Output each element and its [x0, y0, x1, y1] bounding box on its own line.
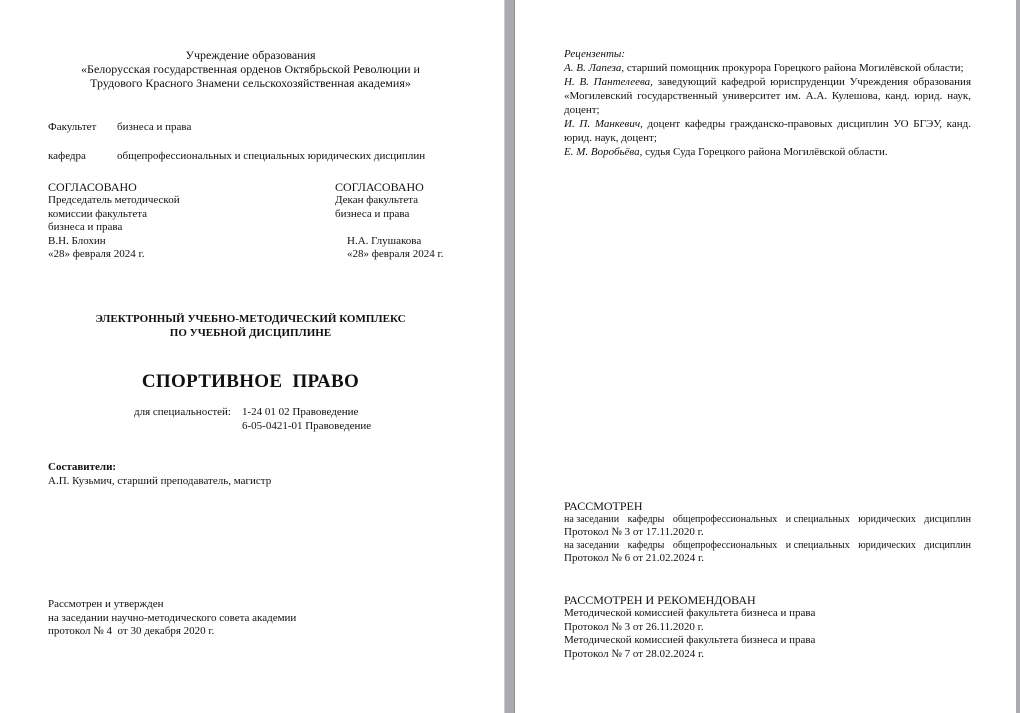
agreed-position-line: Декан факультета [335, 194, 444, 208]
meeting-word: и специальных [786, 539, 850, 552]
faculty-value: бизнеса и права [117, 121, 191, 134]
reviewer-name: Н. В. Пантелеева, [564, 76, 653, 88]
meeting-word: дисциплин [924, 539, 971, 552]
agreed-signatory-name: Н.А. Глушакова [335, 235, 444, 249]
authors-label: Составители: [48, 461, 116, 474]
discipline-title: СПОРТИВНОЕ ПРАВО [48, 371, 453, 393]
scrollbar-edge [1016, 0, 1020, 713]
reviewer-name: И. П. Манкевич, [564, 118, 643, 130]
considered-protocol: Протокол № 3 от 17.11.2020 г. [564, 526, 971, 539]
department-label: кафедра [48, 150, 86, 163]
meeting-word: кафедры [628, 513, 665, 526]
meeting-word: дисциплин [924, 513, 971, 526]
approval-block: Рассмотрен и утвержден на заседании науч… [48, 598, 296, 639]
approval-line: на заседании научно-методического совета… [48, 612, 296, 626]
recommended-protocol: Протокол № 3 от 26.11.2020 г. [564, 621, 815, 635]
specialty-item: 6-05-0421-01 Правоведение [242, 420, 371, 433]
considered-block: РАССМОТРЕН на заседании кафедры общепроф… [564, 499, 971, 565]
meeting-word: общепрофессиональных [673, 513, 777, 526]
complex-title-line-1: ЭЛЕКТРОННЫЙ УЧЕБНО-МЕТОДИЧЕСКИЙ КОМПЛЕКС [48, 312, 453, 326]
agreed-date: «28» февраля 2024 г. [48, 248, 180, 262]
authors-value: А.П. Кузьмич, старший преподаватель, маг… [48, 475, 271, 488]
page-1: Учреждение образования «Белорусская госу… [0, 0, 504, 713]
document-viewport: Учреждение образования «Белорусская госу… [0, 0, 1020, 713]
considered-meeting-line: на заседании кафедры общепрофессиональны… [564, 539, 971, 552]
agreed-date: «28» февраля 2024 г. [335, 248, 444, 262]
recommended-protocol: Протокол № 7 от 28.02.2024 г. [564, 648, 815, 662]
agreed-block-right: СОГЛАСОВАНО Декан факультета бизнеса и п… [335, 180, 444, 262]
meeting-word: юридических [858, 513, 916, 526]
faculty-label: Факультет [48, 121, 96, 134]
specialty-item: 1-24 01 02 Правоведение [242, 406, 358, 419]
considered-title: РАССМОТРЕН [564, 499, 971, 513]
reviewers-label: Рецензенты: [564, 47, 971, 61]
recommended-block: РАССМОТРЕН И РЕКОМЕНДОВАН Методической к… [564, 593, 815, 661]
institution-line-3: Трудового Красного Знамени сельскохозяйс… [48, 76, 453, 90]
complex-title-line-2: ПО УЧЕБНОЙ ДИСЦИПЛИНЕ [48, 326, 453, 340]
reviewer-item: Н. В. Пантелеева, заведующий кафедрой юр… [564, 75, 971, 117]
recommended-body: Методической комиссией факультета бизнес… [564, 634, 815, 648]
agreed-title: СОГЛАСОВАНО [335, 180, 444, 194]
recommended-body: Методической комиссией факультета бизнес… [564, 607, 815, 621]
reviewer-description: старший помощник прокурора Горецкого рай… [624, 62, 963, 74]
agreed-block-left: СОГЛАСОВАНО Председатель методической ко… [48, 180, 180, 262]
reviewer-item: А. В. Лапеза, старший помощник прокурора… [564, 61, 971, 75]
considered-protocol: Протокол № 6 от 21.02.2024 г. [564, 552, 971, 565]
reviewer-name: Е. М. Воробьёва, [564, 146, 642, 158]
considered-meeting-line: на заседании кафедры общепрофессиональны… [564, 513, 971, 526]
agreed-position-line: бизнеса и права [48, 221, 180, 235]
approval-line: протокол № 4 от 30 декабря 2020 г. [48, 625, 296, 639]
reviewers-block: Рецензенты: А. В. Лапеза, старший помощн… [564, 47, 971, 159]
page-separator [504, 0, 515, 713]
meeting-word: юридических [858, 539, 916, 552]
meeting-word: и специальных [786, 513, 850, 526]
institution-line-2: «Белорусская государственная орденов Окт… [48, 62, 453, 76]
complex-title: ЭЛЕКТРОННЫЙ УЧЕБНО-МЕТОДИЧЕСКИЙ КОМПЛЕКС… [48, 312, 453, 340]
agreed-signatory-name: В.Н. Блохин [48, 235, 180, 249]
reviewer-name: А. В. Лапеза, [564, 62, 624, 74]
agreed-position-line: Председатель методической [48, 194, 180, 208]
agreed-title: СОГЛАСОВАНО [48, 180, 180, 194]
meeting-word: на заседании [564, 539, 619, 552]
reviewer-item: И. П. Манкевич, доцент кафедры гражданск… [564, 117, 971, 145]
agreed-position-line: бизнеса и права [335, 208, 444, 222]
recommended-title: РАССМОТРЕН И РЕКОМЕНДОВАН [564, 593, 815, 607]
reviewer-description: судья Суда Горецкого района Могилёвской … [642, 146, 887, 158]
specialties-label: для специальностей: [134, 406, 231, 419]
institution-line-1: Учреждение образования [48, 48, 453, 62]
meeting-word: на заседании [564, 513, 619, 526]
meeting-word: кафедры [628, 539, 665, 552]
meeting-word: общепрофессиональных [673, 539, 777, 552]
approval-line: Рассмотрен и утвержден [48, 598, 296, 612]
institution-header: Учреждение образования «Белорусская госу… [48, 48, 453, 90]
agreed-position-line: комиссии факультета [48, 208, 180, 222]
department-value: общепрофессиональных и специальных юриди… [117, 150, 425, 163]
reviewer-item: Е. М. Воробьёва, судья Суда Горецкого ра… [564, 145, 971, 159]
